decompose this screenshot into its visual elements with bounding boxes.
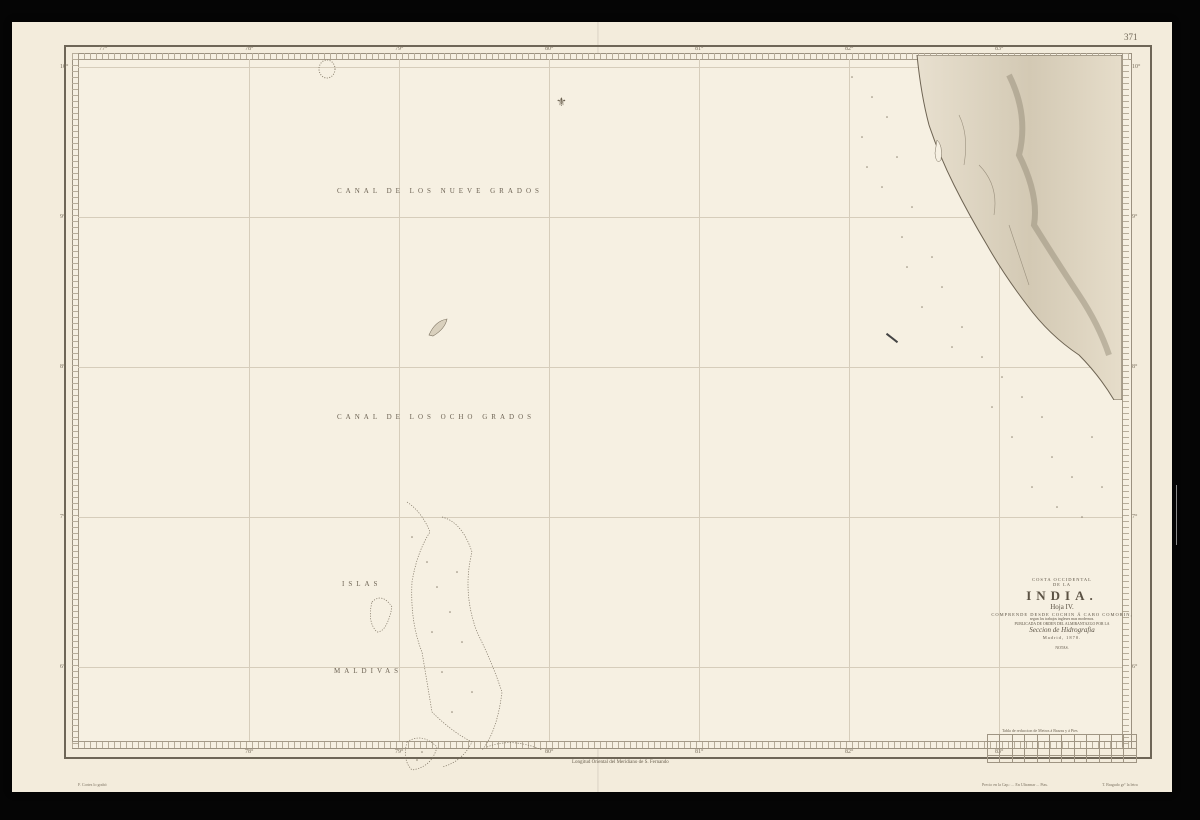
longitude-label: 80°	[545, 46, 553, 52]
page-edge-tab	[1176, 485, 1200, 545]
meridian-line	[699, 59, 700, 741]
maldives-atolls	[312, 492, 552, 782]
longitude-label: 82°	[845, 46, 853, 52]
price-note: Precio en la Cap.: ... En Ultramar ... P…	[982, 782, 1048, 787]
latitude-label: 8°	[60, 364, 65, 370]
latitude-label: 9°	[1132, 214, 1137, 220]
latitude-label: 6°	[1132, 664, 1137, 670]
chart-title: INDIA.	[977, 588, 1147, 604]
longitude-label: 81°	[695, 749, 703, 755]
chart-sheet: 371 77° 78° 79° 80° 81° 82° 83° 78° 79° …	[12, 22, 1172, 792]
longitude-label: 77°	[99, 46, 107, 52]
fleur-de-lis-icon: ⚜	[556, 95, 567, 110]
conversion-table-caption: Tabla de reduccion de Metros á Brazas y …	[1002, 728, 1078, 733]
latitude-label: 8°	[1132, 364, 1137, 370]
longitude-label: 81°	[695, 46, 703, 52]
latitude-label: 7°	[1132, 514, 1137, 520]
latitude-scale-left	[72, 53, 79, 747]
longitude-label: 78°	[245, 46, 253, 52]
engraver-credit: F. Cortes lo grabó	[78, 782, 107, 787]
longitude-label: 83°	[995, 46, 1003, 52]
latitude-label: 10°	[60, 64, 68, 70]
meridian-note: Longitud Oriental del Meridiano de S. Fe…	[572, 760, 669, 765]
longitude-label: 78°	[245, 749, 253, 755]
conversion-table	[987, 734, 1137, 764]
place-date: Madrid, 1870.	[977, 635, 1147, 640]
sheet-number: Hoja IV.	[977, 603, 1147, 611]
latitude-label: 7°	[60, 514, 65, 520]
atoll-north	[312, 57, 342, 82]
longitude-scale-bottom	[72, 741, 1132, 748]
notes-heading: NOTAS.	[977, 646, 1147, 651]
latitude-label: 9°	[60, 214, 65, 220]
hydrography-office: Seccion de Hidrografia	[977, 626, 1147, 634]
title-cartouche: COSTA OCCIDENTAL DE LA INDIA. Hoja IV. C…	[977, 577, 1147, 651]
channel-label-nine-degrees: CANAL DE LOS NUEVE GRADOS	[337, 187, 543, 195]
page-number: 371	[1124, 32, 1138, 42]
channel-label-eight-degrees: CANAL DE LOS OCHO GRADOS	[337, 413, 535, 421]
minicoy-island	[425, 315, 455, 340]
lettering-credit: T. Bragado gr° la letra	[1102, 782, 1138, 787]
latitude-label: 10°	[1132, 64, 1140, 70]
meridian-line	[249, 59, 250, 741]
latitude-label: 6°	[60, 664, 65, 670]
longitude-label: 79°	[395, 46, 403, 52]
longitude-label: 82°	[845, 749, 853, 755]
